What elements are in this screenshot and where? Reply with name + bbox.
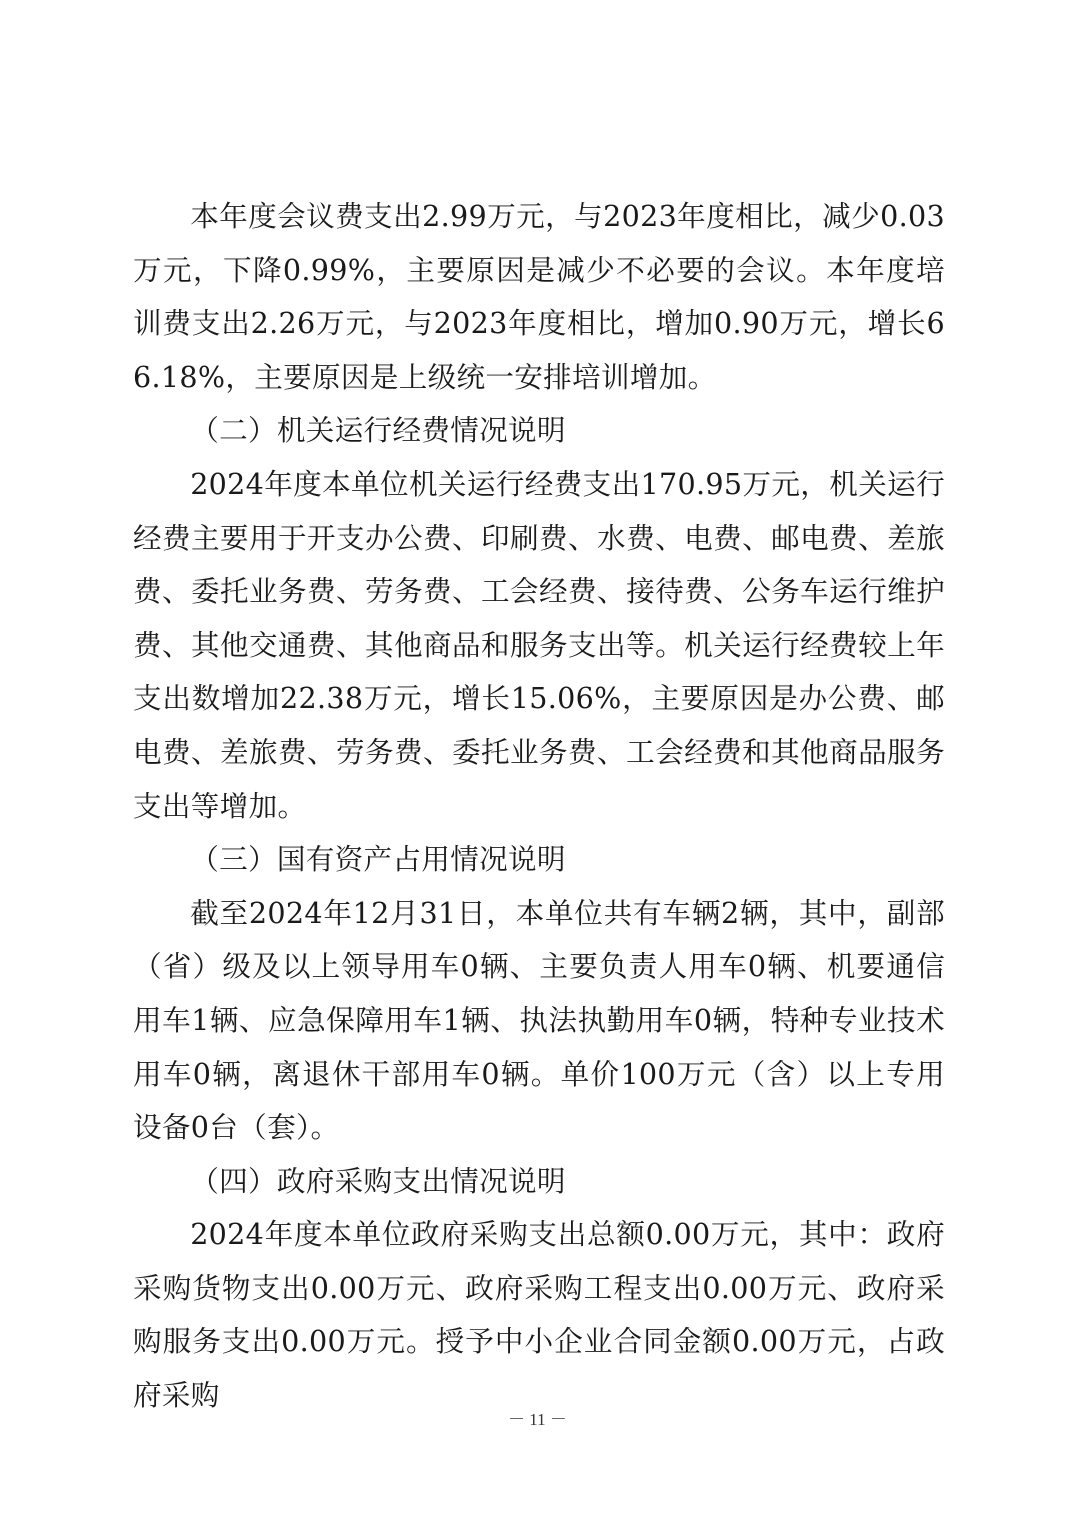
section-heading-state-assets: （三）国有资产占用情况说明 — [133, 833, 945, 887]
section-heading-government-procurement: （四）政府采购支出情况说明 — [133, 1155, 945, 1209]
paragraph-state-assets: 截至2024年12月31日，本单位共有车辆2辆，其中，副部（省）级及以上领导用车… — [133, 887, 945, 1155]
paragraph-operating-expenses: 2024年度本单位机关运行经费支出170.95万元，机关运行经费主要用于开支办公… — [133, 458, 945, 833]
paragraph-government-procurement: 2024年度本单位政府采购支出总额0.00万元，其中：政府采购货物支出0.00万… — [133, 1208, 945, 1422]
paragraph-meeting-training-fees: 本年度会议费支出2.99万元，与2023年度相比，减少0.03万元，下降0.99… — [133, 190, 945, 404]
page-number: － 11 － — [0, 1405, 1075, 1430]
section-heading-operating-expenses: （二）机关运行经费情况说明 — [133, 404, 945, 458]
document-page: 本年度会议费支出2.99万元，与2023年度相比，减少0.03万元，下降0.99… — [133, 190, 945, 1423]
